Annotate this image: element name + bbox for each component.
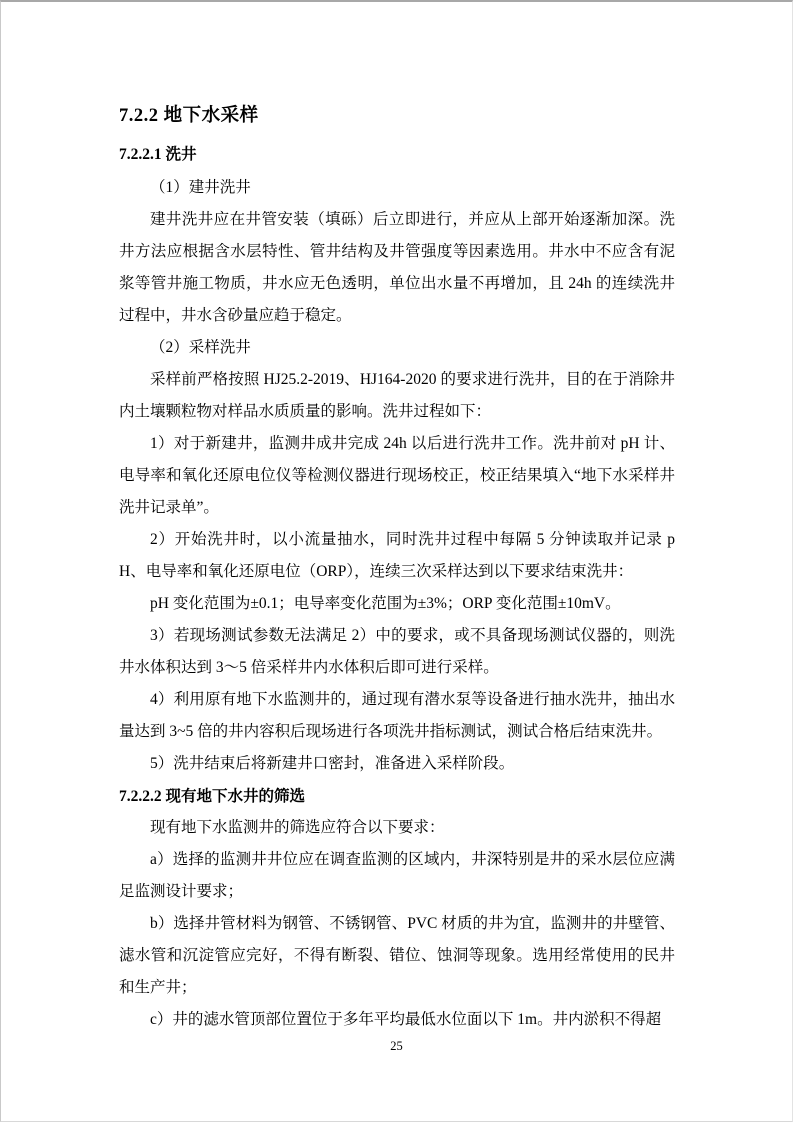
- list-item: b）选择井管材料为钢管、不锈钢管、PVC 材质的井为宜，监测井的井壁管、滤水管和…: [119, 908, 675, 1004]
- paragraph: 建井洗井应在井管安装（填砾）后立即进行，并应从上部开始逐渐加深。洗井方法应根据含…: [119, 204, 675, 332]
- page-number: 25: [1, 1038, 792, 1054]
- list-item: a）选择的监测井井位应在调查监测的区域内，井深特别是井的采水层位应满足监测设计要…: [119, 844, 675, 908]
- paragraph: pH 变化范围为±0.1；电导率变化范围为±3%；ORP 变化范围±10mV。: [119, 588, 675, 620]
- document-page: 7.2.2 地下水采样 7.2.2.1 洗井 （1）建井洗井 建井洗井应在井管安…: [0, 0, 793, 1122]
- page-content: 7.2.2 地下水采样 7.2.2.1 洗井 （1）建井洗井 建井洗井应在井管安…: [1, 2, 792, 1036]
- list-item: c）井的滤水管顶部位置位于多年平均最低水位面以下 1m。井内淤积不得超: [119, 1004, 675, 1036]
- paragraph: 现有地下水监测井的筛选应符合以下要求：: [119, 812, 675, 844]
- list-item: 1）对于新建井，监测井成井完成 24h 以后进行洗井工作。洗井前对 pH 计、电…: [119, 428, 675, 524]
- paragraph: 采样前严格按照 HJ25.2-2019、HJ164-2020 的要求进行洗井，目…: [119, 364, 675, 428]
- list-item-label: （2）采样洗井: [119, 332, 675, 364]
- subsection-heading-existing-well-screening: 7.2.2.2 现有地下水井的筛选: [119, 786, 675, 808]
- list-item: 3）若现场测试参数无法满足 2）中的要求，或不具备现场测试仪器的，则洗井水体积达…: [119, 620, 675, 684]
- list-item: 5）洗井结束后将新建井口密封，准备进入采样阶段。: [119, 748, 675, 780]
- list-item-label: （1）建井洗井: [119, 172, 675, 204]
- list-item: 2）开始洗井时，以小流量抽水，同时洗井过程中每隔 5 分钟读取并记录 pH、电导…: [119, 524, 675, 588]
- list-item: 4）利用原有地下水监测井的，通过现有潜水泵等设备进行抽水洗井，抽出水量达到 3~…: [119, 684, 675, 748]
- subsection-heading-well-washing: 7.2.2.1 洗井: [119, 144, 675, 166]
- section-heading-groundwater-sampling: 7.2.2 地下水采样: [119, 104, 675, 128]
